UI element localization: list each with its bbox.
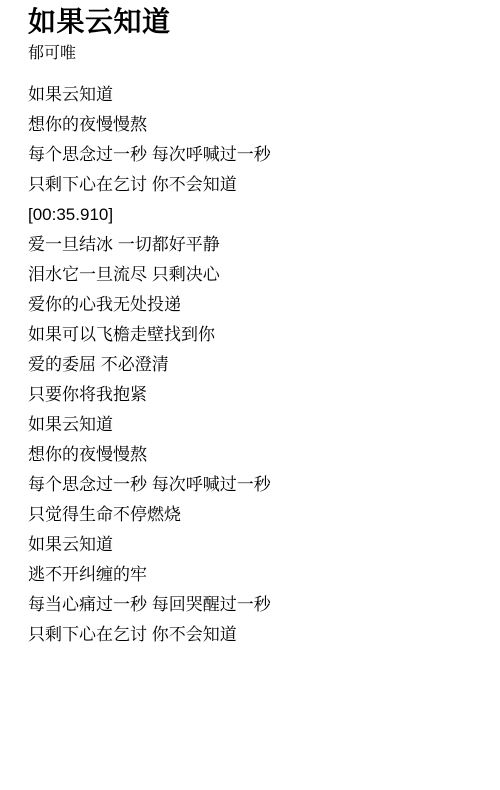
artist-name: 郁可唯 xyxy=(28,44,480,63)
lyric-line: 逃不开纠缠的牢 xyxy=(28,560,480,590)
lyric-line: 每个思念过一秒 每次呼喊过一秒 xyxy=(28,140,480,170)
lyric-line: 如果云知道 xyxy=(28,530,480,560)
lyric-line: 如果云知道 xyxy=(28,410,480,440)
lyric-line: 只要你将我抱紧 xyxy=(28,380,480,410)
lyric-line: 只觉得生命不停燃烧 xyxy=(28,500,480,530)
lyrics-block: 如果云知道想你的夜慢慢熬每个思念过一秒 每次呼喊过一秒只剩下心在乞讨 你不会知道… xyxy=(28,80,480,650)
page-title: 如果云知道 xyxy=(28,6,480,38)
lyric-line: 想你的夜慢慢熬 xyxy=(28,110,480,140)
lyric-line: 想你的夜慢慢熬 xyxy=(28,440,480,470)
lyrics-page: 如果云知道 郁可唯 如果云知道想你的夜慢慢熬每个思念过一秒 每次呼喊过一秒只剩下… xyxy=(0,0,500,790)
lyric-line: 泪水它一旦流尽 只剩决心 xyxy=(28,260,480,290)
lyric-line: 每当心痛过一秒 每回哭醒过一秒 xyxy=(28,590,480,620)
lyric-line: 爱的委屈 不必澄清 xyxy=(28,350,480,380)
lyric-line: 爱你的心我无处投递 xyxy=(28,290,480,320)
lyric-line: 每个思念过一秒 每次呼喊过一秒 xyxy=(28,470,480,500)
lyric-line: 只剩下心在乞讨 你不会知道 xyxy=(28,170,480,200)
lyric-line: 只剩下心在乞讨 你不会知道 xyxy=(28,620,480,650)
lyric-line: 爱一旦结冰 一切都好平静 xyxy=(28,230,480,260)
lyric-line: 如果云知道 xyxy=(28,80,480,110)
lyric-line: [00:35.910] xyxy=(28,200,480,230)
lyric-line: 如果可以飞檐走壁找到你 xyxy=(28,320,480,350)
